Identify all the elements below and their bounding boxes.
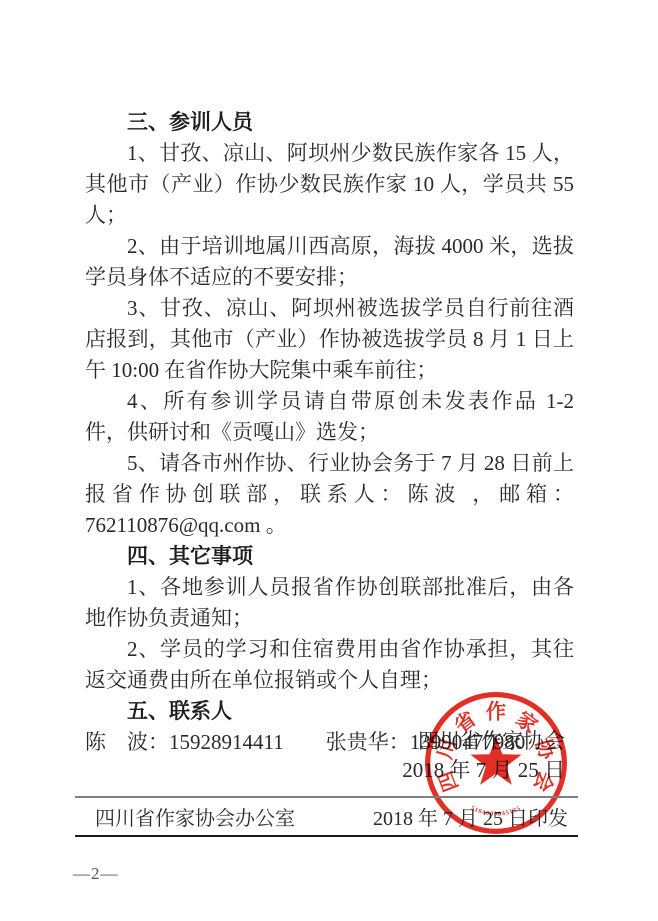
paragraph: 2、学员的学习和住宿费用由省作协承担，其往返交通费由所在单位报销或个人自理； [85,634,574,696]
section-heading-4: 四、其它事项 [85,541,574,572]
section-heading-5: 五、联系人 [85,696,574,727]
document-body: 三、参训人员 1、甘孜、凉山、阿坝州少数民族作家各 15 人，其他市（产业）作协… [85,107,574,758]
signature-org: 四川省作家协会 [402,727,565,756]
paragraph: 4、所有参训学员请自带原创未发表作品 1-2 件，供研讨和《贡嘎山》选发； [85,386,574,448]
paragraph: 1、甘孜、凉山、阿坝州少数民族作家各 15 人，其他市（产业）作协少数民族作家 … [85,138,574,231]
document-page: 三、参训人员 1、甘孜、凉山、阿坝州少数民族作家各 15 人，其他市（产业）作协… [0,0,658,921]
footer-print-date: 2018 年 7 月 25 日印发 [373,802,568,831]
page-number: —2— [73,864,119,884]
paragraph: 2、由于培训地属川西高原，海拔 4000 米，选拔学员身体不适应的不要安排； [85,231,574,293]
section-heading-3: 三、参训人员 [85,107,574,138]
signature-date: 2018 年 7 月 25 日 [402,756,565,785]
signature-block: 四川省作家协会 2018 年 7 月 25 日 [402,727,565,785]
paragraph: 5、请各市州作协、行业协会务于 7 月 28 日前上报省作协创联部，联系人：陈波… [85,448,574,541]
footer-bar: 四川省作家协会办公室 2018 年 7 月 25 日印发 [75,796,578,837]
paragraph: 3、甘孜、凉山、阿坝州被选拔学员自行前往酒店报到，其他市（产业）作协被选拔学员 … [85,293,574,386]
footer-issuer: 四川省作家协会办公室 [95,802,295,831]
paragraph: 1、各地参训人员报省作协创联部批准后，由各地作协负责通知； [85,572,574,634]
